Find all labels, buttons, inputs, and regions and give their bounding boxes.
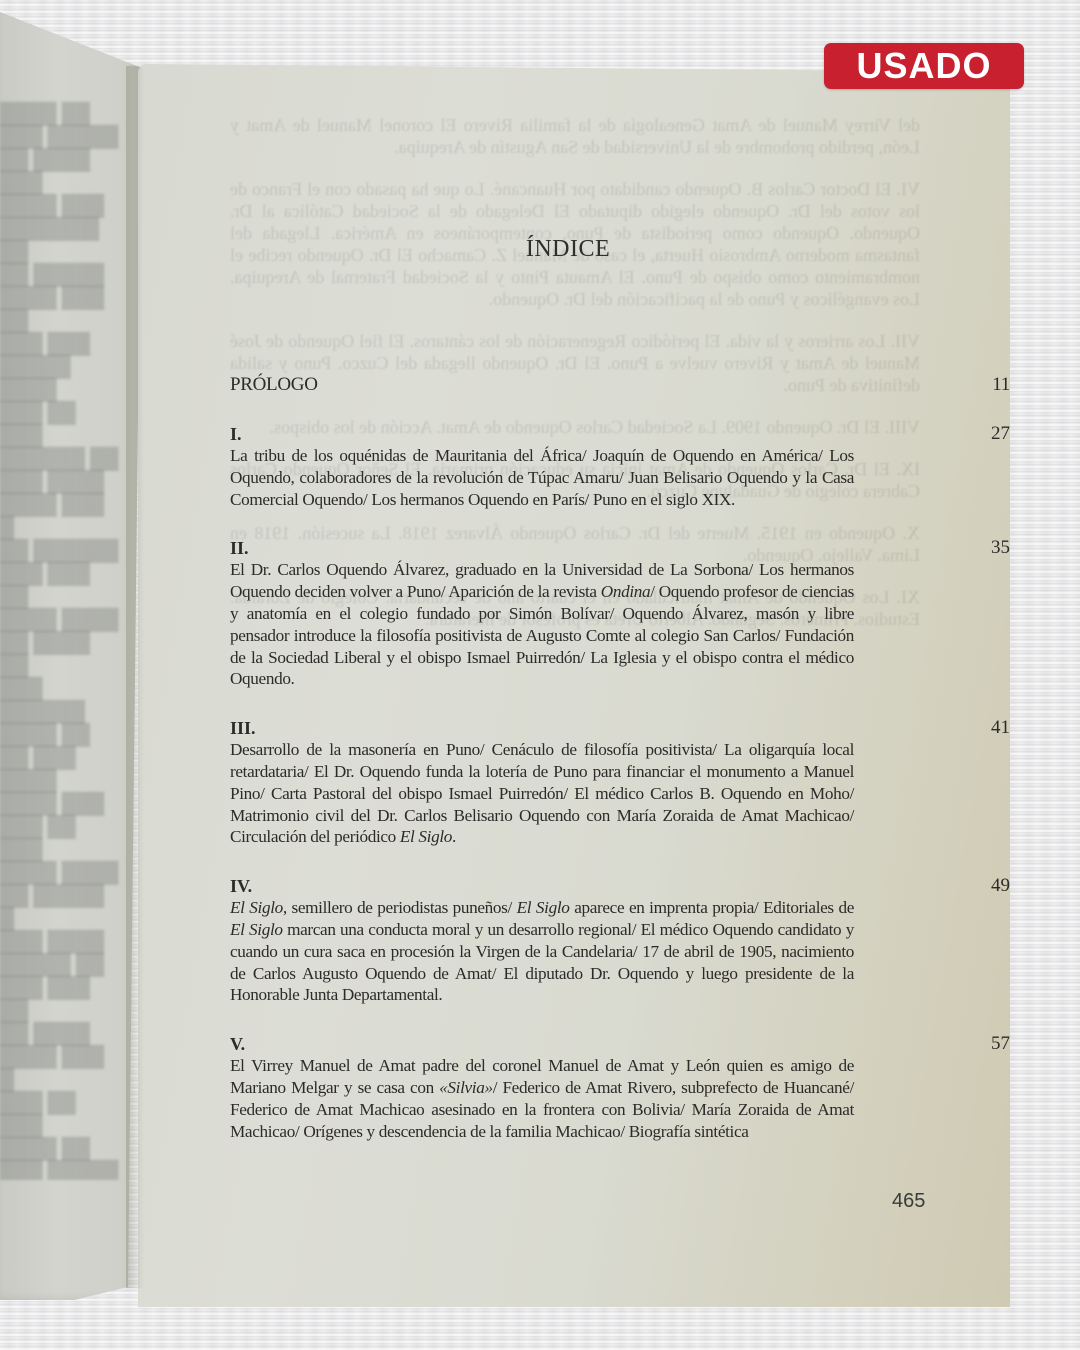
chapter-description: La tribu de los oquénidas de Mauritania … (230, 445, 854, 510)
left-page: ████ ██ ███ █████ ██ ████ ███ ████ ███ █… (0, 0, 142, 1300)
toc-entry-chapter-2: II. 35 El Dr. Carlos Oquendo Álvarez, gr… (230, 537, 920, 690)
book-spine-gutter (126, 66, 144, 1288)
toc-page-number: 11 (992, 374, 1010, 396)
table-of-contents: PRÓLOGO 11 I. 27 La tribu de los oquénid… (230, 374, 920, 1169)
toc-entry-label: PRÓLOGO (230, 374, 318, 395)
chapter-description: Desarrollo de la masonería en Puno/ Cená… (230, 739, 854, 848)
right-page: del Virrey Manuel de Amat Genealogía de … (138, 64, 1012, 1309)
chapter-description: El Siglo, semillero de periodistas puneñ… (230, 897, 854, 1006)
toc-entry-chapter-4: IV. 49 El Siglo, semillero de periodista… (230, 875, 920, 1006)
condition-badge-used: USADO (824, 43, 1024, 89)
chapter-numeral: IV. (230, 875, 920, 897)
toc-entry-chapter-1: I. 27 La tribu de los oquénidas de Mauri… (230, 423, 920, 510)
chapter-numeral: I. (230, 423, 920, 445)
chapter-description: El Virrey Manuel de Amat padre del coron… (230, 1055, 854, 1142)
chapter-description: El Dr. Carlos Oquendo Álvarez, graduado … (230, 559, 854, 690)
page-title: ÍNDICE (138, 236, 998, 263)
left-page-ghost-text: ████ ██ ███ █████ ██ ████ ███ ████ ███ █… (0, 80, 120, 1180)
toc-page-number: 57 (991, 1033, 1010, 1055)
page-number-folio: 465 (892, 1190, 925, 1213)
toc-entry-chapter-3: III. 41 Desarrollo de la masonería en Pu… (230, 717, 920, 848)
toc-page-number: 41 (991, 717, 1010, 739)
toc-entry-chapter-5: V. 57 El Virrey Manuel de Amat padre del… (230, 1033, 920, 1142)
chapter-numeral: III. (230, 717, 920, 739)
toc-entry-prologo: PRÓLOGO 11 (230, 374, 920, 404)
chapter-numeral: II. (230, 537, 920, 559)
toc-page-number: 35 (991, 537, 1010, 559)
toc-page-number: 49 (991, 875, 1010, 897)
toc-page-number: 27 (991, 423, 1010, 445)
chapter-numeral: V. (230, 1033, 920, 1055)
